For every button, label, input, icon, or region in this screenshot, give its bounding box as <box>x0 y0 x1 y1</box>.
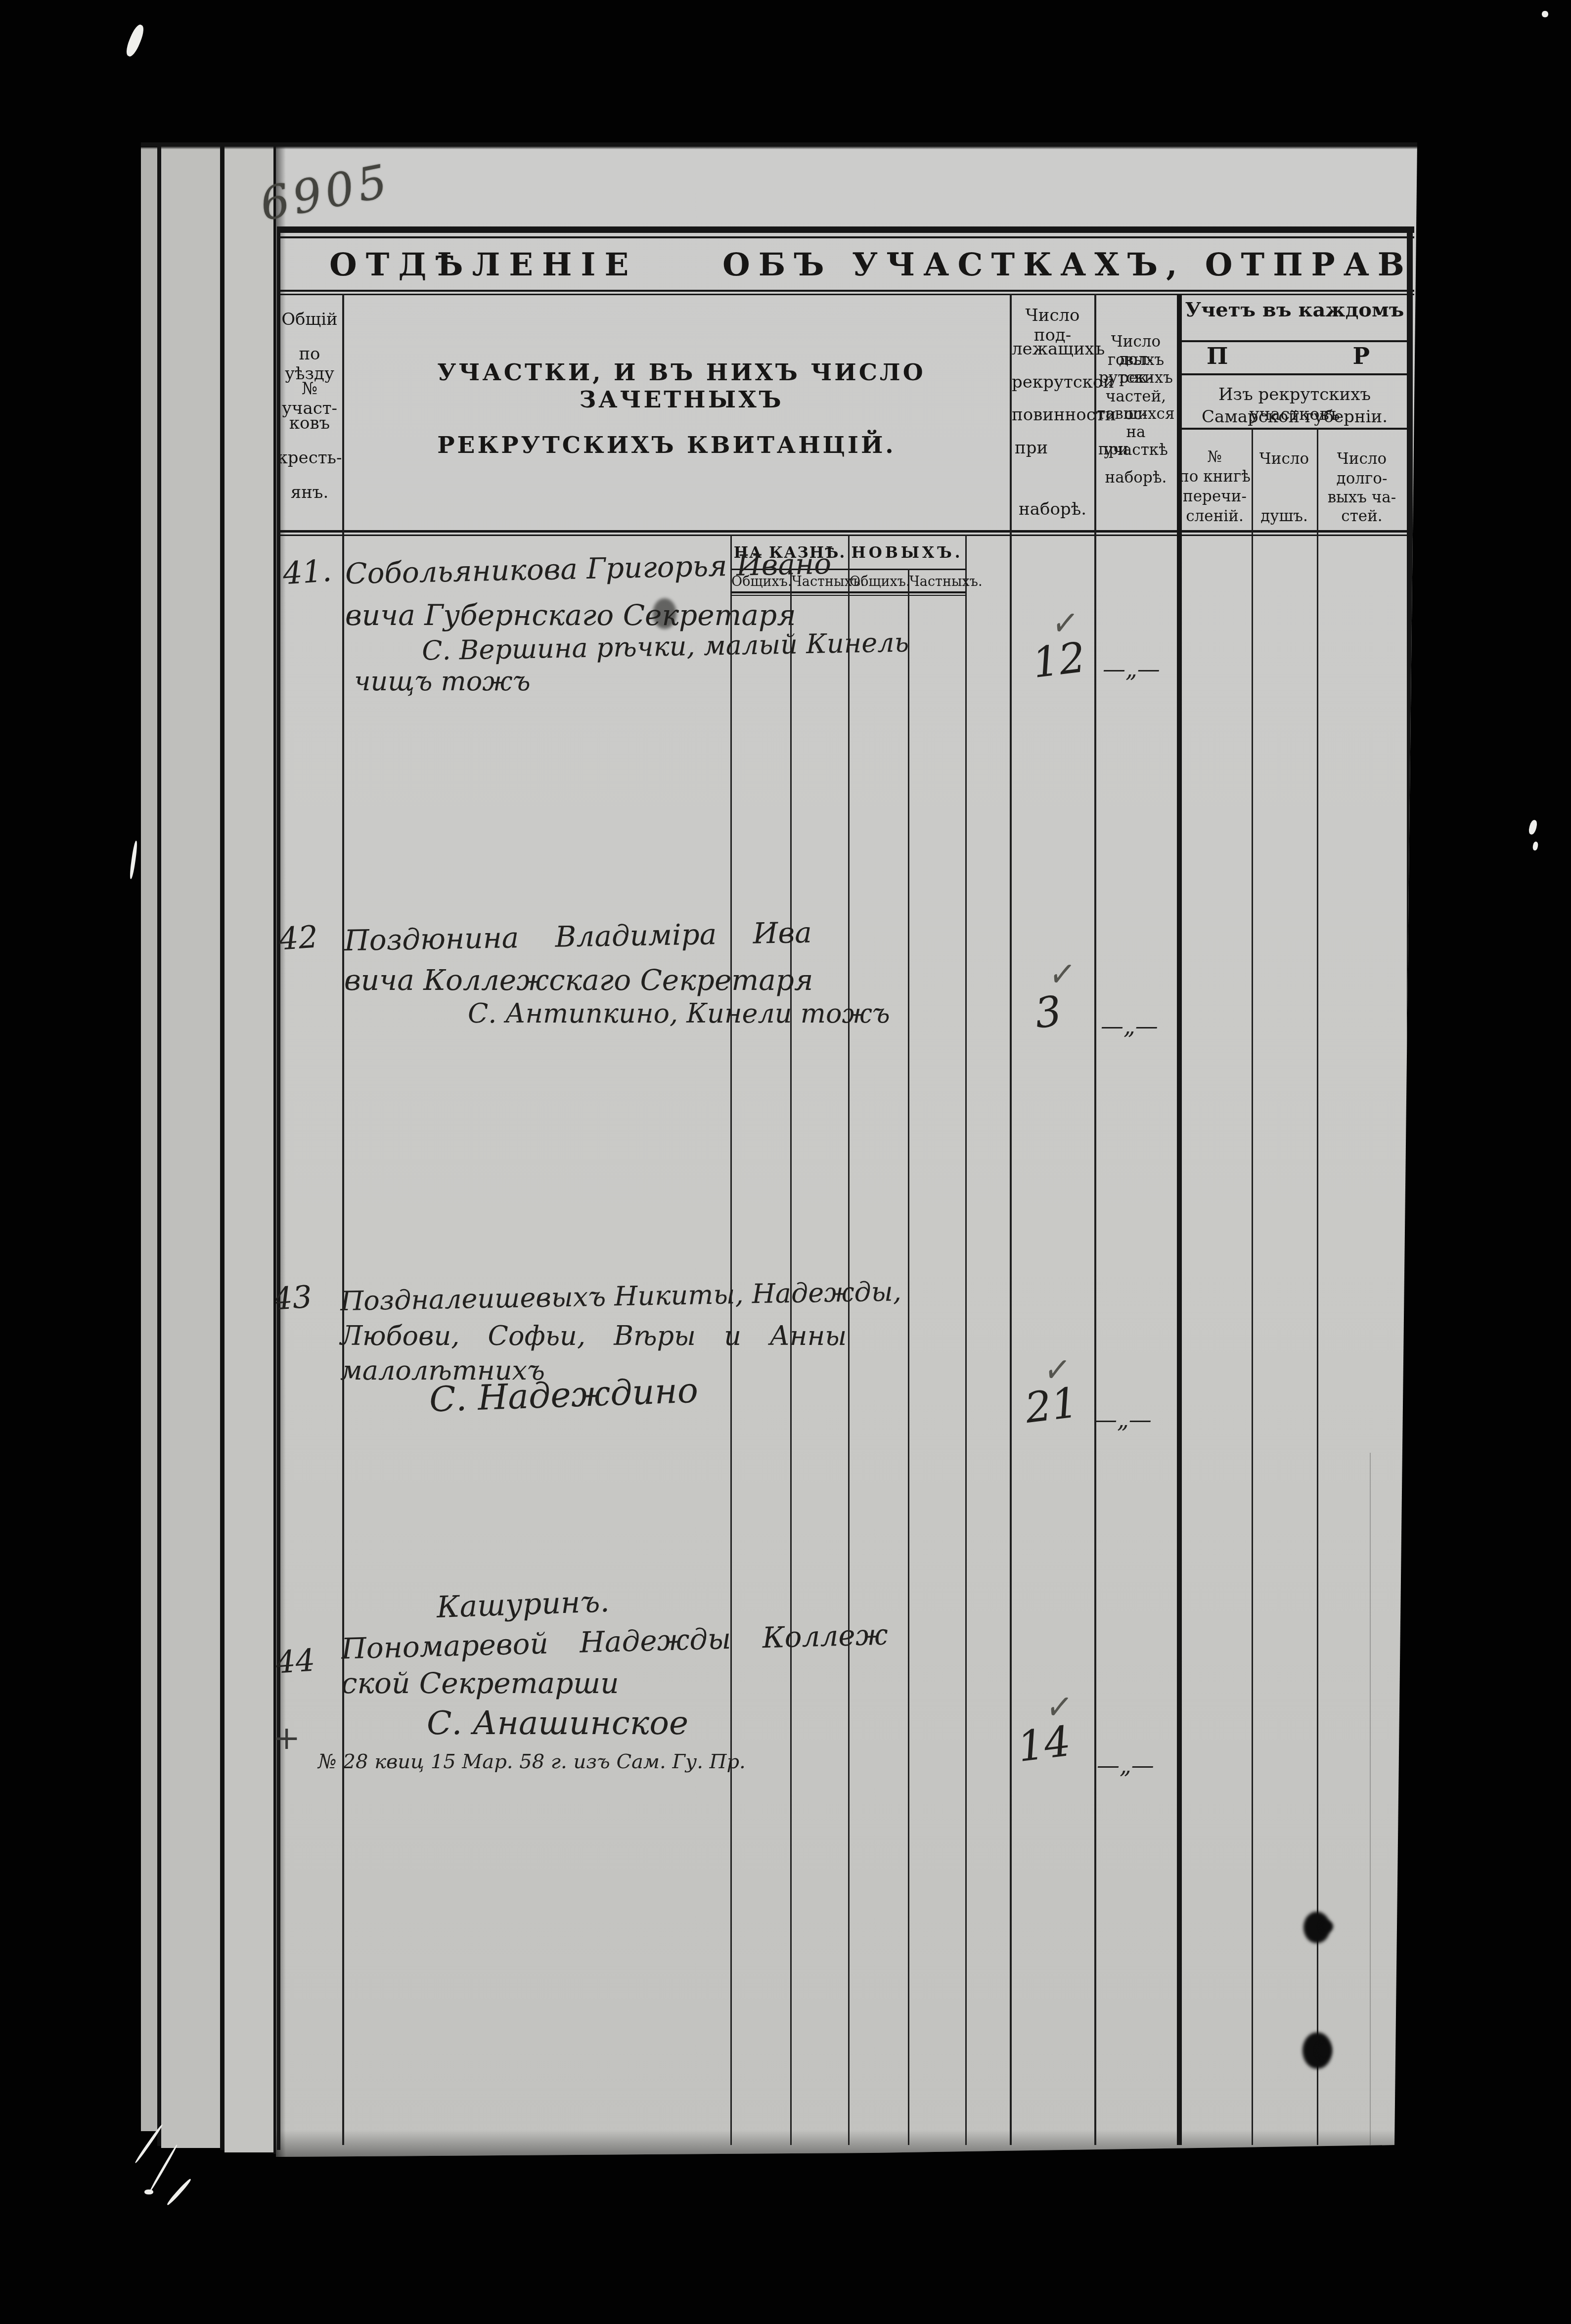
sheet-edge-1 <box>141 147 157 2131</box>
divider-sub-2 <box>790 569 792 2145</box>
margin-mark: + <box>273 1719 300 1757</box>
entry-line: Пономаревой Надежды Коллеж <box>341 1618 888 1666</box>
entry-line: С. Антипкино, Кинели тожъ <box>468 998 890 1029</box>
divider-block-2 <box>1317 428 1318 2145</box>
divider-block-1 <box>1252 428 1253 2145</box>
ink-blot-2b <box>1316 2042 1331 2059</box>
header-bottom-rule-b <box>277 294 1414 295</box>
rightblock-cell2-line: Число <box>1253 450 1316 468</box>
sheet-edge-3 <box>224 144 273 2152</box>
colhead-bottom-rule-b <box>277 535 1414 536</box>
document-page: ОТДѢЛЕНІЕ ОБЪ УЧАСТКАХЪ, ОТПРАВ Общій по… <box>276 142 1417 2157</box>
frame-right <box>1407 232 1413 2145</box>
paper-stack: ОТДѢЛЕНІЕ ОБЪ УЧАСТКАХЪ, ОТПРАВ Общій по… <box>141 142 1417 2157</box>
colhead-bottom-rule-a <box>277 530 1414 533</box>
col4-header-line: тавшихся <box>1096 405 1176 423</box>
divider-sub-5 <box>965 535 967 2145</box>
scratch-top-left <box>124 23 146 58</box>
divider-sub-3 <box>848 535 850 2145</box>
entry-number: 42 <box>278 918 319 957</box>
subheader-group2: НОВЫХЪ. <box>849 544 965 562</box>
col1-header-line: по уѣзду <box>277 344 342 384</box>
speck-top-right <box>1542 11 1548 17</box>
entry-number: 44 <box>275 1642 316 1680</box>
col1-header-line: ковъ <box>277 413 342 433</box>
col3-header-line: повинности <box>1012 405 1093 425</box>
col3-header-line: наборѣ. <box>1012 499 1093 519</box>
col1-header-line: № участ- <box>277 379 342 418</box>
speck-right-2 <box>1532 841 1539 850</box>
scratch-left-mid <box>129 841 138 879</box>
page-bottom-shadow <box>276 2130 1417 2157</box>
entry-line: вича Коллежскаго Секретаря <box>344 963 813 997</box>
col3-header-line: лежащихъ <box>1012 339 1093 359</box>
due-count: 21 <box>1022 1378 1080 1432</box>
col4-header-line: рутскихъ <box>1096 369 1176 387</box>
entry-line: Поздналеишевыхъ Никиты, Надежды, <box>340 1276 902 1317</box>
ditto-mark: —„— <box>1101 1013 1158 1039</box>
rightblock-rule-1 <box>1177 340 1413 342</box>
col3-header-line: рекрутской <box>1012 372 1093 392</box>
page-title-left: ОТДѢЛЕНІЕ <box>329 246 637 283</box>
subheader-sub4: Частныхъ. <box>909 574 965 589</box>
rightblock-rule-2 <box>1177 373 1413 375</box>
rightblock-cell1-line: по книгѣ <box>1179 468 1251 486</box>
rightblock-cell3-line: стей. <box>1318 507 1406 525</box>
entry-note: № 28 квиц 15 Мар. 58 г. изъ Сам. Гу. Пр. <box>318 1750 746 1773</box>
table-top-rule <box>277 236 1414 238</box>
rightblock-cell1-line: перечи- <box>1179 488 1251 505</box>
rightblock-cell1-line: № <box>1179 448 1251 466</box>
rightblock-subtitle-line2: Самарской губерніи. <box>1181 407 1408 427</box>
divider-col2-col3 <box>1010 294 1012 2145</box>
col1-header-line: янъ. <box>277 483 342 502</box>
col1-header-line: Общій <box>277 310 342 329</box>
faint-fold-line <box>1370 1453 1371 2145</box>
rightblock-title: Учетъ въ каждомъ <box>1181 298 1408 321</box>
rightblock-cell3-line: долго- <box>1318 470 1406 488</box>
ditto-mark: —„— <box>1097 1752 1154 1779</box>
entry-line: вича Губернскаго Секретаря <box>345 598 796 632</box>
entry-line: чищъ тожъ <box>354 666 531 697</box>
header-bottom-rule-a <box>277 290 1414 292</box>
scanned-document: ОТДѢЛЕНІЕ ОБЪ УЧАСТКАХЪ, ОТПРАВ Общій по… <box>0 0 1571 2324</box>
entry-number: 43 <box>272 1278 314 1317</box>
rightblock-cell3-line: Число <box>1318 450 1406 468</box>
divider-sub-4 <box>908 569 909 2145</box>
entry-line: Любови, Софьи, Вѣры и Анны <box>340 1320 847 1351</box>
col3-header-line: при <box>1015 438 1048 458</box>
entry-line: С. Надеждино <box>429 1370 699 1420</box>
ditto-mark: —„— <box>1103 656 1160 682</box>
scratch-bottom-4 <box>144 2190 153 2194</box>
entry-line: Поздюнина Владиміра Ива <box>344 916 812 957</box>
col2-title-line1: УЧАСТКИ, И ВЪ НИХЪ ЧИСЛО ЗАЧЕТНЫХЪ <box>360 359 1003 413</box>
entry-line: С. Анашинское <box>427 1704 688 1742</box>
frame-left <box>277 226 280 2150</box>
speck-right-1 <box>1527 819 1538 836</box>
due-count: 14 <box>1015 1717 1073 1771</box>
sheet-gap-1 <box>157 145 161 2146</box>
rightblock-rule-3 <box>1177 428 1413 430</box>
col4-header-line: наборѣ. <box>1096 469 1176 487</box>
col1-header-line: кресть- <box>277 448 342 468</box>
ink-blot-1b <box>1320 1921 1333 1932</box>
sheet-edge-2 <box>161 145 220 2148</box>
entry-number: 41. <box>282 552 333 592</box>
subheader-sub3: Общихъ. <box>850 574 908 589</box>
col2-title-line2: РЕКРУТСКИХЪ КВИТАНЦІЙ. <box>360 432 973 459</box>
entry-line: ской Секретарши <box>341 1666 619 1700</box>
ditto-mark: —„— <box>1094 1406 1152 1433</box>
rightblock-cell3-line: выхъ ча- <box>1318 489 1406 506</box>
rightblock-cell2-line: душъ. <box>1253 507 1316 525</box>
entry-heading: Кашуринъ. <box>436 1584 610 1625</box>
entry-line: С. Вершина рѣчки, малый Кинель <box>422 626 909 666</box>
col4-header-line: при <box>1098 441 1128 458</box>
rightblock-cell1-line: сленій. <box>1179 507 1251 525</box>
sheet-gap-2 <box>220 144 224 2150</box>
scratch-bottom-3 <box>166 2178 192 2206</box>
page-title-right: ОБЪ УЧАСТКАХЪ, ОТПРАВ <box>722 246 1413 283</box>
divider-col1 <box>342 294 344 2145</box>
due-count: 12 <box>1030 633 1088 687</box>
table-top-border <box>277 226 1414 233</box>
scan-top-edge <box>141 142 1417 149</box>
divider-col4-block <box>1177 294 1182 2145</box>
divider-col3-col4 <box>1094 294 1096 2145</box>
rightblock-pri: П Р И <box>1207 343 1571 369</box>
